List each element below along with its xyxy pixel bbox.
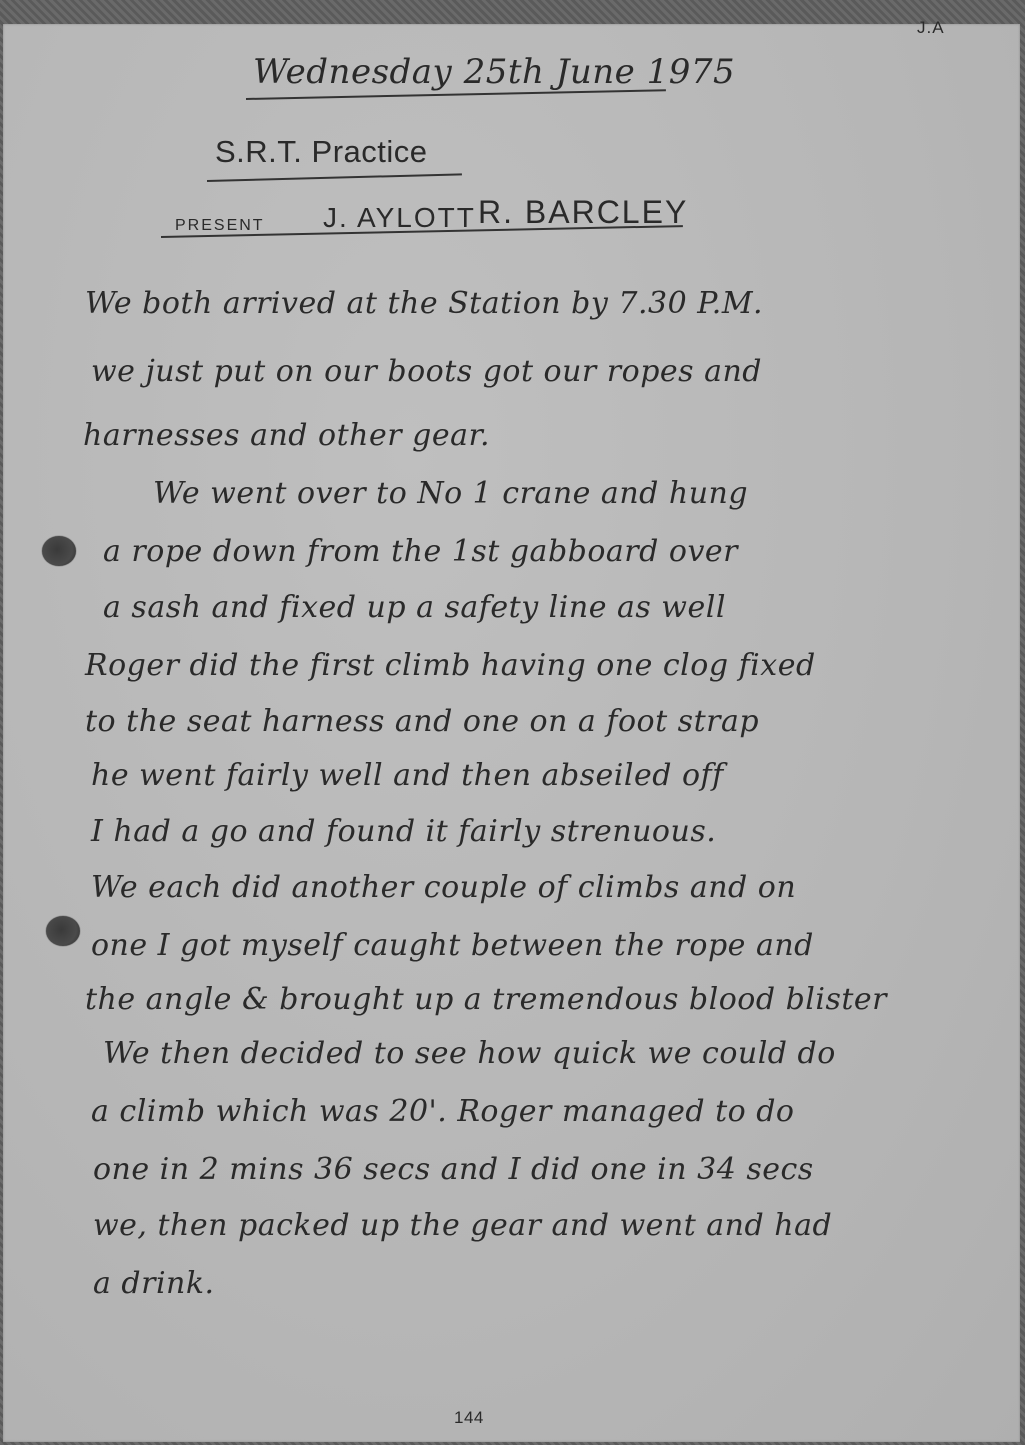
body-line: We went over to No 1 crane and hung xyxy=(153,476,748,511)
present-label: PRESENT xyxy=(175,217,265,235)
body-line: one in 2 mins 36 secs and I did one in 3… xyxy=(93,1152,814,1187)
body-line: a drink. xyxy=(93,1266,215,1301)
body-line: a rope down from the 1st gabboard over xyxy=(103,534,738,569)
punch-hole-bottom xyxy=(46,916,80,946)
entry-title: S.R.T. Practice xyxy=(215,134,428,170)
title-underline xyxy=(207,173,462,182)
body-line: to the seat harness and one on a foot st… xyxy=(85,704,759,739)
punch-hole-top xyxy=(42,536,76,566)
body-line: we, then packed up the gear and went and… xyxy=(93,1208,832,1243)
body-line: he went fairly well and then abseiled of… xyxy=(91,758,724,793)
body-line: a climb which was 20'. Roger managed to … xyxy=(91,1094,795,1129)
body-line: We each did another couple of climbs and… xyxy=(91,870,796,905)
body-line: We then decided to see how quick we coul… xyxy=(103,1036,836,1071)
body-line: Roger did the first climb having one clo… xyxy=(85,648,816,683)
body-line: We both arrived at the Station by 7.30 P… xyxy=(85,286,763,321)
page-number: 144 xyxy=(454,1408,484,1428)
body-line: harnesses and other gear. xyxy=(83,418,490,453)
notebook-page: J.A Wednesday 25th June 1975 S.R.T. Prac… xyxy=(3,24,1020,1442)
body-line: the angle & brought up a tremendous bloo… xyxy=(85,982,887,1017)
entry-date: Wednesday 25th June 1975 xyxy=(253,52,735,92)
body-line: a sash and fixed up a safety line as wel… xyxy=(103,590,726,625)
body-line: I had a go and found it fairly strenuous… xyxy=(91,814,716,849)
author-initials: J.A xyxy=(917,18,945,38)
body-line: one I got myself caught between the rope… xyxy=(91,928,814,963)
body-line: we just put on our boots got our ropes a… xyxy=(91,354,762,389)
